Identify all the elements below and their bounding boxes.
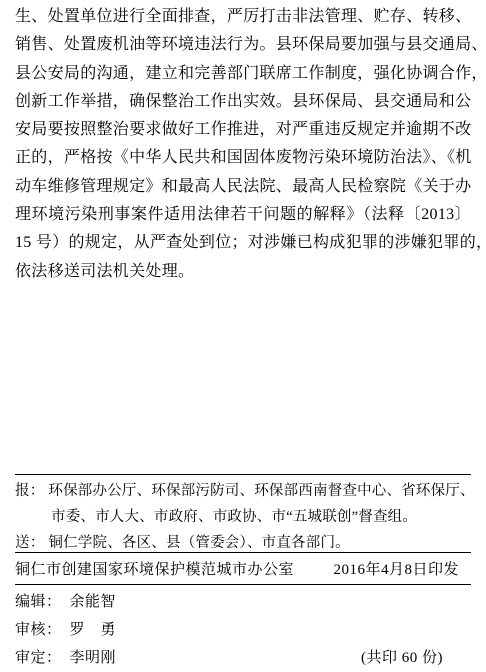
colophon-bottom-rule bbox=[15, 584, 471, 585]
document-page: 生、处置单位进行全面排查，严厉打击非法管理、贮存、转移、 销售、处置废机油等环境… bbox=[0, 0, 486, 672]
body-line: 理环境污染刑事案件适用法律若干问题的解释》（法释〔2013〕 bbox=[15, 201, 471, 229]
body-line: 15 号）的规定，从严查处到位；对涉嫌已构成犯罪的涉嫌犯罪的， bbox=[15, 229, 471, 257]
credits-block: 编辑： 余能智 审核： 罗 勇 审定： 李明刚 (共印 60 份) bbox=[15, 588, 471, 672]
body-line: 销售、处置废机油等环境违法行为。县环保局要加强与县交通局、 bbox=[15, 31, 471, 59]
approver-label: 审定： bbox=[15, 644, 62, 672]
issuer-date-row: 铜仁市创建国家环境保护模范城市办公室 2016年4月8日印发 bbox=[15, 552, 471, 584]
editor-label: 编辑： bbox=[15, 588, 62, 616]
body-line: 安局要按照整治要求做好工作推进，对严重违反规定并逾期不改 bbox=[15, 116, 471, 144]
approver-name: 李明刚 bbox=[70, 644, 117, 672]
colophon-top-rule bbox=[15, 474, 471, 475]
issuing-office: 铜仁市创建国家环境保护模范城市办公室 bbox=[15, 558, 294, 579]
body-line: 创新工作举措，确保整治工作出实效。县环保局、县交通局和公 bbox=[15, 88, 471, 116]
print-date: 2016年4月8日印发 bbox=[333, 558, 471, 579]
distribution-block: 报：环保部办公厅、环保部污防司、环保部西南督查中心、省环保厅、 市委、市人大、市… bbox=[15, 478, 475, 556]
body-line: 动车维修管理规定》和最高人民法院、最高人民检察院《关于办 bbox=[15, 173, 471, 201]
copies-note: (共印 60 份) bbox=[361, 644, 443, 672]
editor-name: 余能智 bbox=[70, 588, 117, 616]
body-line: 县公安局的沟通，建立和完善部门联席工作制度，强化协调合作， bbox=[15, 60, 471, 88]
reviewer-name: 罗 勇 bbox=[70, 616, 117, 644]
body-line: 正的，严格按《中华人民共和国固体废物污染环境防治法》、《机 bbox=[15, 144, 471, 172]
report-recipients-line1: 环保部办公厅、环保部污防司、环保部西南督查中心、省环保厅、 bbox=[48, 483, 474, 499]
report-to-row-continued: 市委、市人大、市政府、市政协、市“五城联创”督查组。 bbox=[51, 504, 475, 530]
body-line: 生、处置单位进行全面排查，严厉打击非法管理、贮存、转移、 bbox=[15, 3, 471, 31]
body-paragraph: 生、处置单位进行全面排查，严厉打击非法管理、贮存、转移、 销售、处置废机油等环境… bbox=[15, 3, 471, 286]
body-line: 依法移送司法机关处理。 bbox=[15, 258, 471, 286]
reviewer-row: 审核： 罗 勇 bbox=[15, 616, 471, 644]
approver-row: 审定： 李明刚 (共印 60 份) bbox=[15, 644, 471, 672]
editor-row: 编辑： 余能智 bbox=[15, 588, 471, 616]
send-recipients: 铜仁学院、各区、县（管委会）、市直各部门。 bbox=[48, 535, 349, 551]
report-label: 报： bbox=[15, 483, 44, 499]
report-recipients-line2: 市委、市人大、市政府、市政协、市“五城联创”督查组。 bbox=[51, 509, 417, 525]
send-label: 送： bbox=[15, 535, 44, 551]
reviewer-label: 审核： bbox=[15, 616, 62, 644]
report-to-row: 报：环保部办公厅、环保部污防司、环保部西南督查中心、省环保厅、 bbox=[15, 478, 475, 504]
